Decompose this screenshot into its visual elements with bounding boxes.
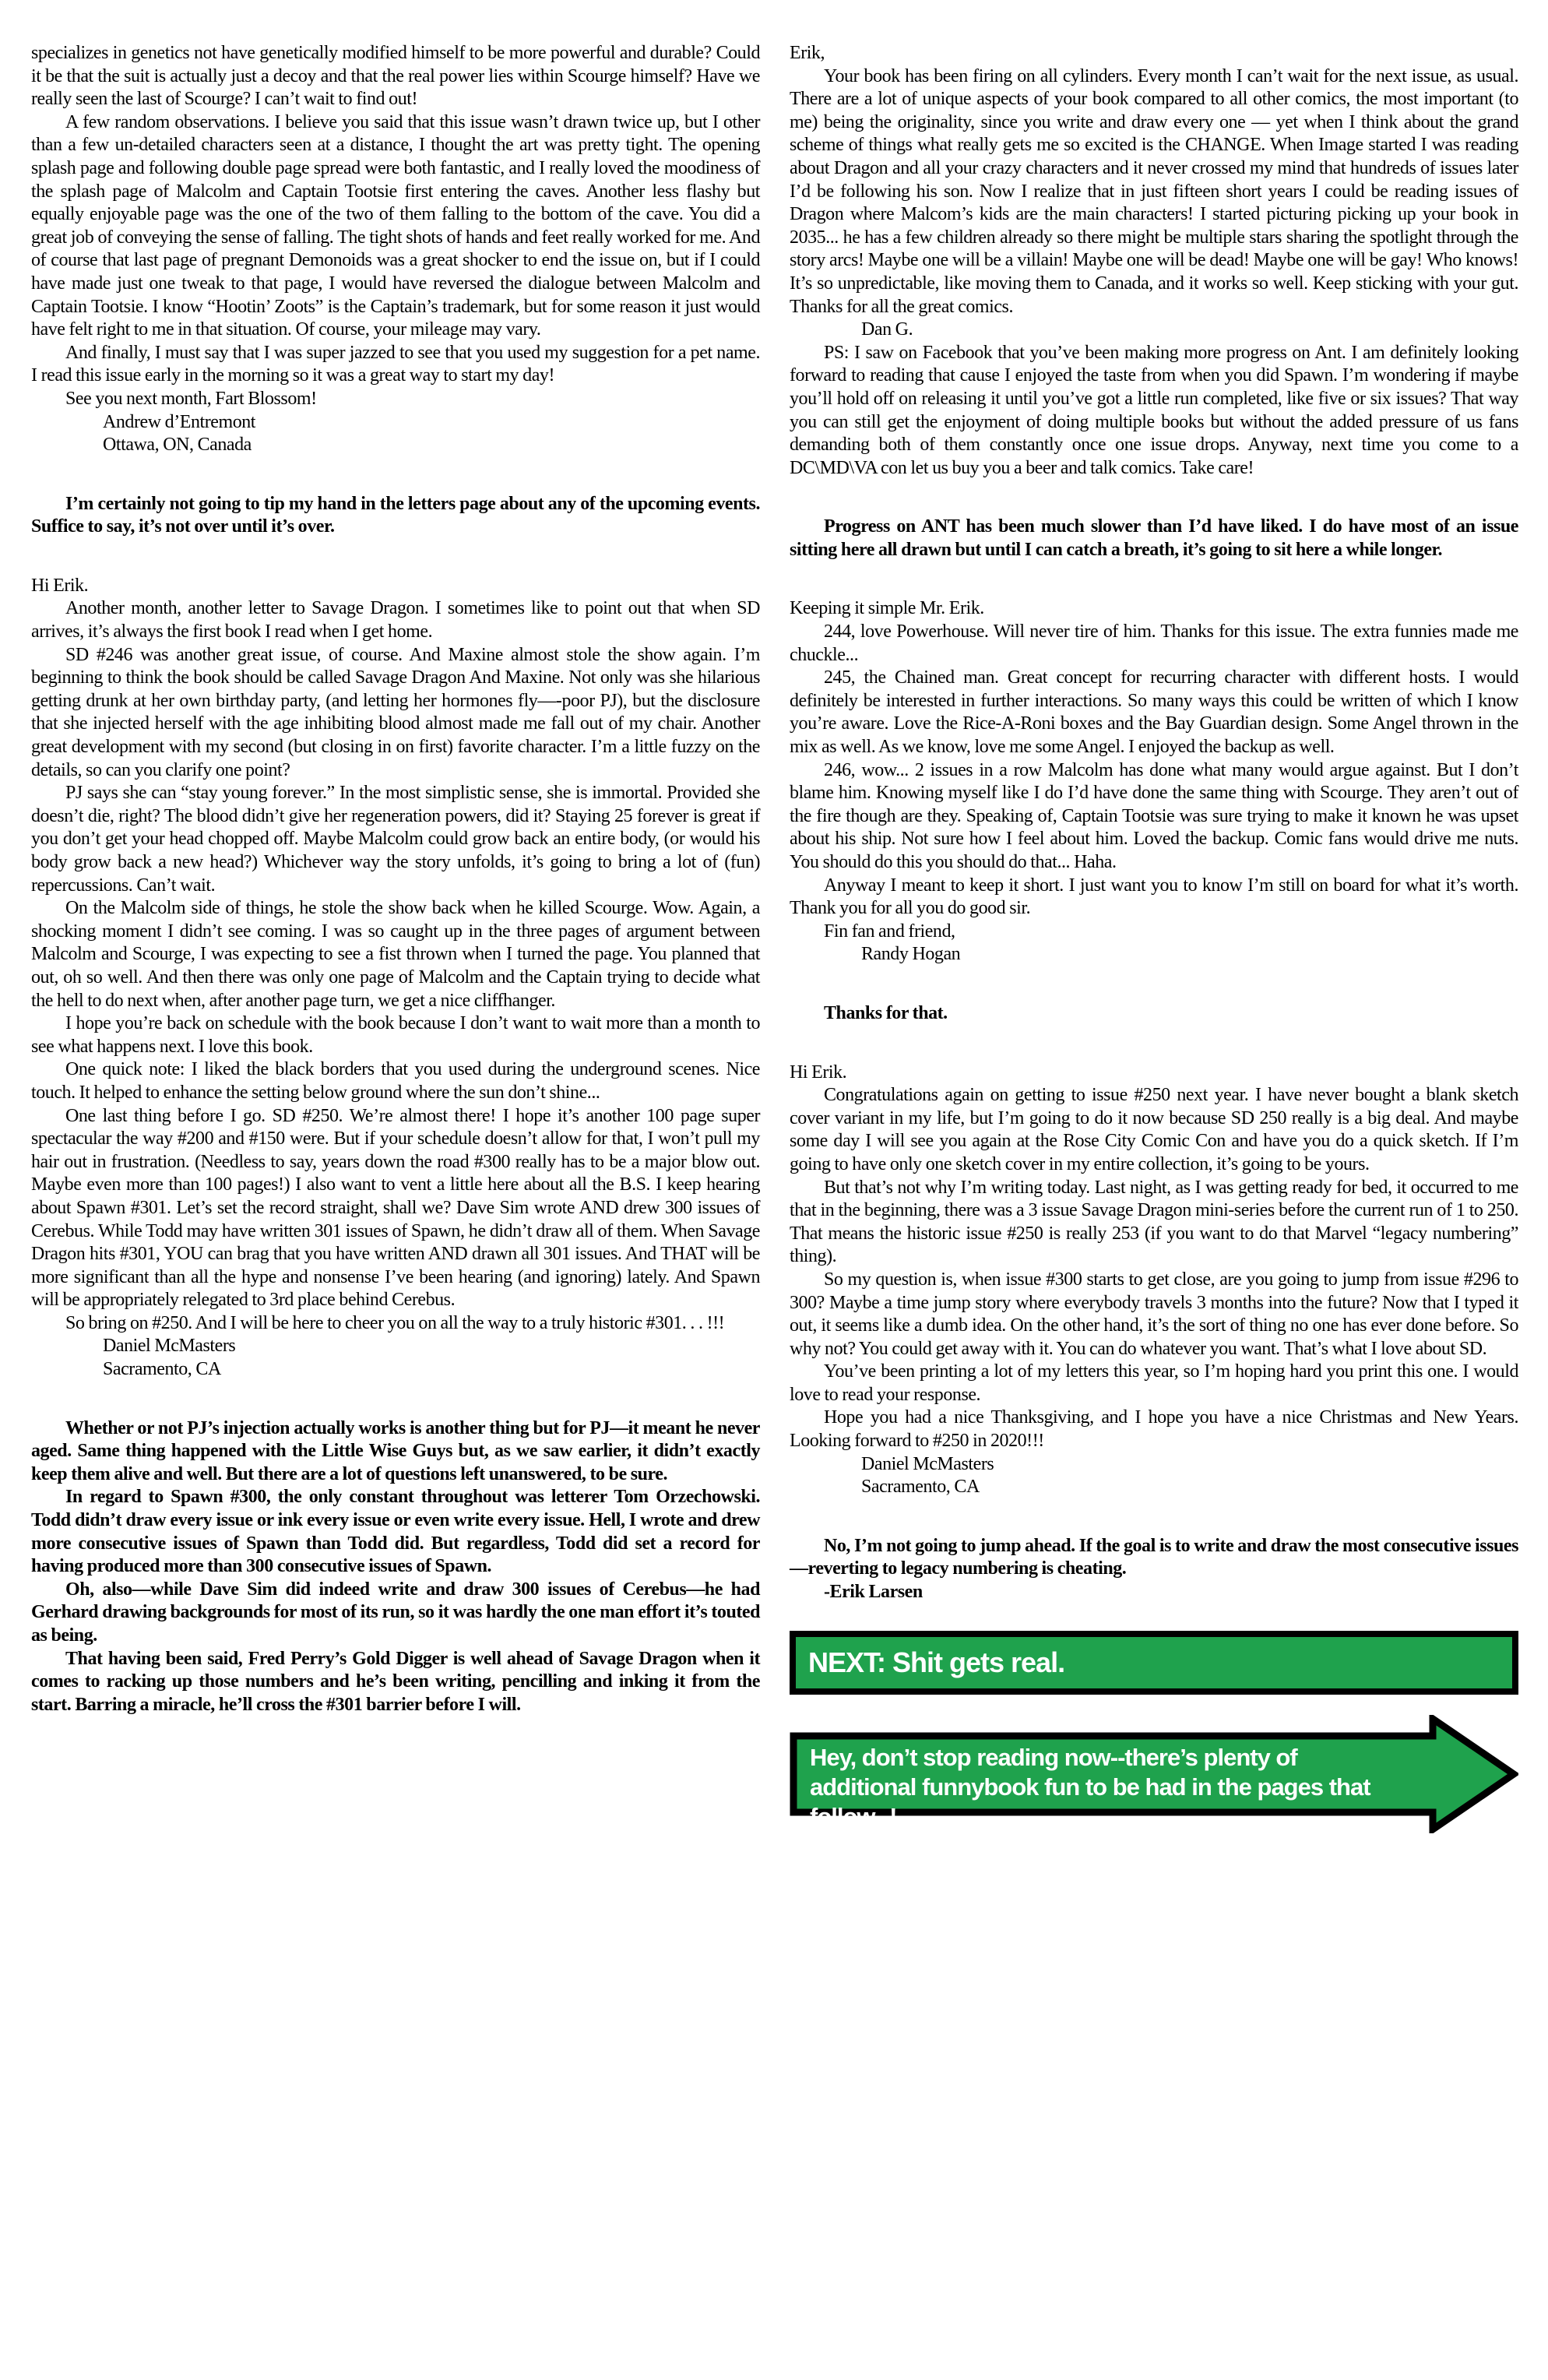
editor-response: Whether or not PJ’s injection actually w… <box>31 1417 760 1487</box>
letter-greeting: Hi Erik. <box>31 575 760 598</box>
letter-signature-location: Ottawa, ON, Canada <box>103 434 760 457</box>
editor-response: That having been said, Fred Perry’s Gold… <box>31 1648 760 1717</box>
letter-paragraph: On the Malcolm side of things, he stole … <box>31 897 760 1012</box>
letter-paragraph: 246, wow... 2 issues in a row Malcolm ha… <box>790 759 1518 875</box>
paragraph-gap <box>790 480 1518 516</box>
letter-signature: Daniel McMasters <box>103 1335 760 1358</box>
letter-paragraph: So bring on #250. And I will be here to … <box>31 1312 760 1336</box>
paragraph-gap <box>31 457 760 493</box>
letter-paragraph: Anyway I meant to keep it short. I just … <box>790 875 1518 921</box>
letter-paragraph: Hope you had a nice Thanksgiving, and I … <box>790 1407 1518 1452</box>
letter-signature-location: Sacramento, CA <box>103 1358 760 1382</box>
letter-paragraph: One quick note: I liked the black border… <box>31 1058 760 1104</box>
letter-paragraph: PJ says she can “stay young forever.” In… <box>31 782 760 897</box>
letter-paragraph: I hope you’re back on schedule with the … <box>31 1012 760 1058</box>
letter-paragraph: SD #246 was another great issue, of cour… <box>31 644 760 783</box>
letter-paragraph: specializes in genetics not have genetic… <box>31 42 760 111</box>
letter-greeting: Hi Erik. <box>790 1061 1518 1085</box>
letter-signature-location: Sacramento, CA <box>861 1476 1518 1499</box>
paragraph-gap <box>790 966 1518 1002</box>
editor-response: No, I’m not going to jump ahead. If the … <box>790 1535 1518 1581</box>
letter-paragraph: You’ve been printing a lot of my letters… <box>790 1361 1518 1407</box>
letter-greeting: Keeping it simple Mr. Erik. <box>790 597 1518 621</box>
letter-paragraph: See you next month, Fart Blossom! <box>31 388 760 411</box>
paragraph-gap <box>790 1026 1518 1061</box>
next-issue-banner: NEXT: Shit gets real. <box>790 1631 1518 1695</box>
letter-signature: Andrew d’Entremont <box>103 411 760 435</box>
letter-signature: Randy Hogan <box>861 943 1518 966</box>
letter-paragraph: So my question is, when issue #300 start… <box>790 1269 1518 1361</box>
editor-response: In regard to Spawn #300, the only consta… <box>31 1486 760 1578</box>
next-issue-banner-label: NEXT: Shit gets real. <box>808 1646 1064 1679</box>
editor-response: I’m certainly not going to tip my hand i… <box>31 493 760 539</box>
letter-paragraph: PS: I saw on Facebook that you’ve been m… <box>790 342 1518 481</box>
paragraph-gap <box>790 1499 1518 1535</box>
letter-greeting: Erik, <box>790 42 1518 65</box>
letter-paragraph: Another month, another letter to Savage … <box>31 597 760 643</box>
continue-reading-arrow-label: Hey, don’t stop reading now--there’s ple… <box>810 1743 1386 1832</box>
letter-paragraph: Your book has been firing on all cylinde… <box>790 65 1518 319</box>
letter-paragraph: One last thing before I go. SD #250. We’… <box>31 1105 760 1312</box>
letter-signature: Dan G. <box>861 319 1518 342</box>
paragraph-gap <box>31 539 760 575</box>
editor-response: Thanks for that. <box>790 1002 1518 1026</box>
left-column: specializes in genetics not have genetic… <box>31 42 760 1833</box>
letter-signature: Daniel McMasters <box>861 1453 1518 1477</box>
editor-signature: -Erik Larsen <box>824 1581 1518 1604</box>
letters-page: specializes in genetics not have genetic… <box>0 0 1548 1849</box>
letter-paragraph: A few random observations. I believe you… <box>31 111 760 342</box>
editor-response: Oh, also—while Dave Sim did indeed write… <box>31 1579 760 1648</box>
letter-paragraph: 245, the Chained man. Great concept for … <box>790 667 1518 759</box>
letter-paragraph: Congratulations again on getting to issu… <box>790 1084 1518 1176</box>
letter-paragraph: Fin fan and friend, <box>790 921 1518 944</box>
right-column: Erik, Your book has been firing on all c… <box>790 42 1518 1833</box>
letter-paragraph: And finally, I must say that I was super… <box>31 342 760 388</box>
continue-reading-arrow-banner: Hey, don’t stop reading now--there’s ple… <box>790 1715 1518 1833</box>
letter-paragraph: 244, love Powerhouse. Will never tire of… <box>790 621 1518 667</box>
paragraph-gap <box>31 1382 760 1417</box>
paragraph-gap <box>790 562 1518 597</box>
editor-response: Progress on ANT has been much slower tha… <box>790 516 1518 562</box>
letter-paragraph: But that’s not why I’m writing today. La… <box>790 1177 1518 1269</box>
